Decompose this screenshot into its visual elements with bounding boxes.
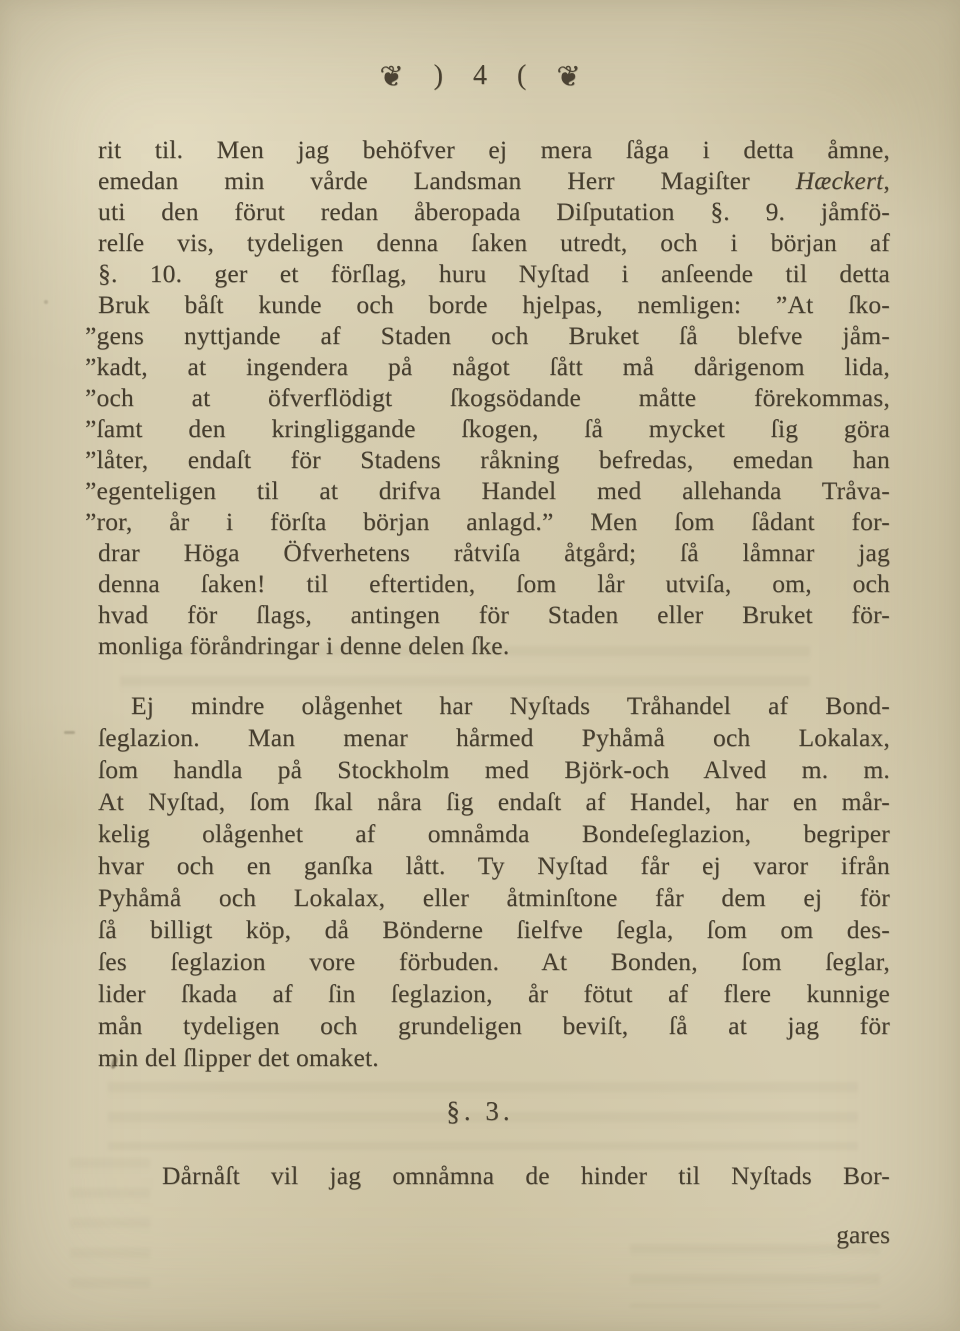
text-line: hvar och en ganſka lått. Ty Nyſtad får e… <box>98 850 890 882</box>
quoted-text-line: ”låter, endaſt för Stadens råkning befre… <box>98 444 890 475</box>
paragraph-continuation: rit til. Men jag behöfver ej mera ſåga i… <box>98 134 890 661</box>
fleuron-ornament-icon: ❦ <box>556 62 580 91</box>
text-line: ſå billigt köp, då Bönderne ſielfve ſegl… <box>98 914 890 946</box>
quoted-text-line: ”och at öfverflödigt ſkogsödande måtte f… <box>98 382 890 413</box>
text-line: Pyhåmå och Lokalax, eller åtminſtone får… <box>98 882 890 914</box>
page-header: ❦ ) 4 ( ❦ <box>0 60 960 92</box>
fleuron-ornament-icon: ❦ <box>379 62 403 91</box>
text-line: lider ſkada af ſin ſeglazion, år fötut a… <box>98 978 890 1010</box>
ink-speck <box>64 731 75 734</box>
text-line: kelig olågenhet af omnåmda Bondeſeglazio… <box>98 818 890 850</box>
text-line: Dårnåſt vil jag omnåmna de hinder til Ny… <box>98 1160 890 1191</box>
text-line: mån tydeligen och grundeligen beviſt, ſå… <box>98 1010 890 1042</box>
text-line: ſom handla på Stockholm med Björk-och Al… <box>98 754 890 786</box>
quoted-text-line: ”egenteligen til at drifva Handel med al… <box>98 475 890 506</box>
page-number: 4 <box>473 60 487 92</box>
closing-paragraph: Dårnåſt vil jag omnåmna de hinder til Ny… <box>98 1160 890 1191</box>
quoted-text-line: ”kadt, at ingendera på något ſått må dår… <box>98 351 890 382</box>
text-line: Ej mindre olågenhet har Nyſtads Tråhande… <box>98 690 890 722</box>
text-line: uti den förut redan åberopada Diſputatio… <box>98 196 890 227</box>
text-line: Bruk båſt kunde och borde hjelpas, nemli… <box>98 289 890 320</box>
text-line: min del ſlipper det omaket. <box>98 1042 890 1074</box>
text-line: ſes ſeglazion vore förbuden. At Bonden, … <box>98 946 890 978</box>
text-segment: , <box>883 166 890 195</box>
text-line: At Nyſtad, ſom ſkal nåra ſig endaſt af H… <box>98 786 890 818</box>
text-line: relſe vis, tydeligen denna ſaken utredt,… <box>98 227 890 258</box>
text-segment: emedan min vårde Landsman Herr Magiſter <box>98 166 796 195</box>
quoted-text-line: ”ſamt den kringliggande ſkogen, ſå mycke… <box>98 413 890 444</box>
header-bracket-left: ) <box>434 60 443 92</box>
catchword: gares <box>98 1220 890 1250</box>
text-line: rit til. Men jag behöfver ej mera ſåga i… <box>98 134 890 165</box>
text-line: hvad för ſlags, antingen för Staden elle… <box>98 599 890 630</box>
text-line: drar Höga Öfverhetens råtviſa åtgård; ſå… <box>98 537 890 568</box>
text-line: monliga föråndringar i denne delen ſke. <box>98 630 890 661</box>
header-bracket-right: ( <box>517 60 526 92</box>
book-page: ❦ ) 4 ( ❦ rit til. Men jag behöfver ej m… <box>0 0 960 1331</box>
author-name: Hæckert <box>796 166 884 195</box>
text-line: ſeglazion. Man menar hårmed Pyhåmå och L… <box>98 722 890 754</box>
bleed-through-texture <box>630 1244 880 1308</box>
text-line: denna ſaken! til eftertiden, ſom lår utv… <box>98 568 890 599</box>
ink-speck <box>44 300 48 304</box>
quoted-text-line: ”ror, år i förſta början anlagd.” Men ſo… <box>98 506 890 537</box>
section-heading: §. 3. <box>0 1096 960 1127</box>
paragraph-bondeseglazion: Ej mindre olågenhet har Nyſtads Tråhande… <box>98 690 890 1074</box>
text-line: emedan min vårde Landsman Herr Magiſter … <box>98 165 890 196</box>
quoted-text-line: ”gens nyttjande af Staden och Bruket ſå … <box>98 320 890 351</box>
text-line: §. 10. ger et förſlag, huru Nyſtad i anſ… <box>98 258 890 289</box>
